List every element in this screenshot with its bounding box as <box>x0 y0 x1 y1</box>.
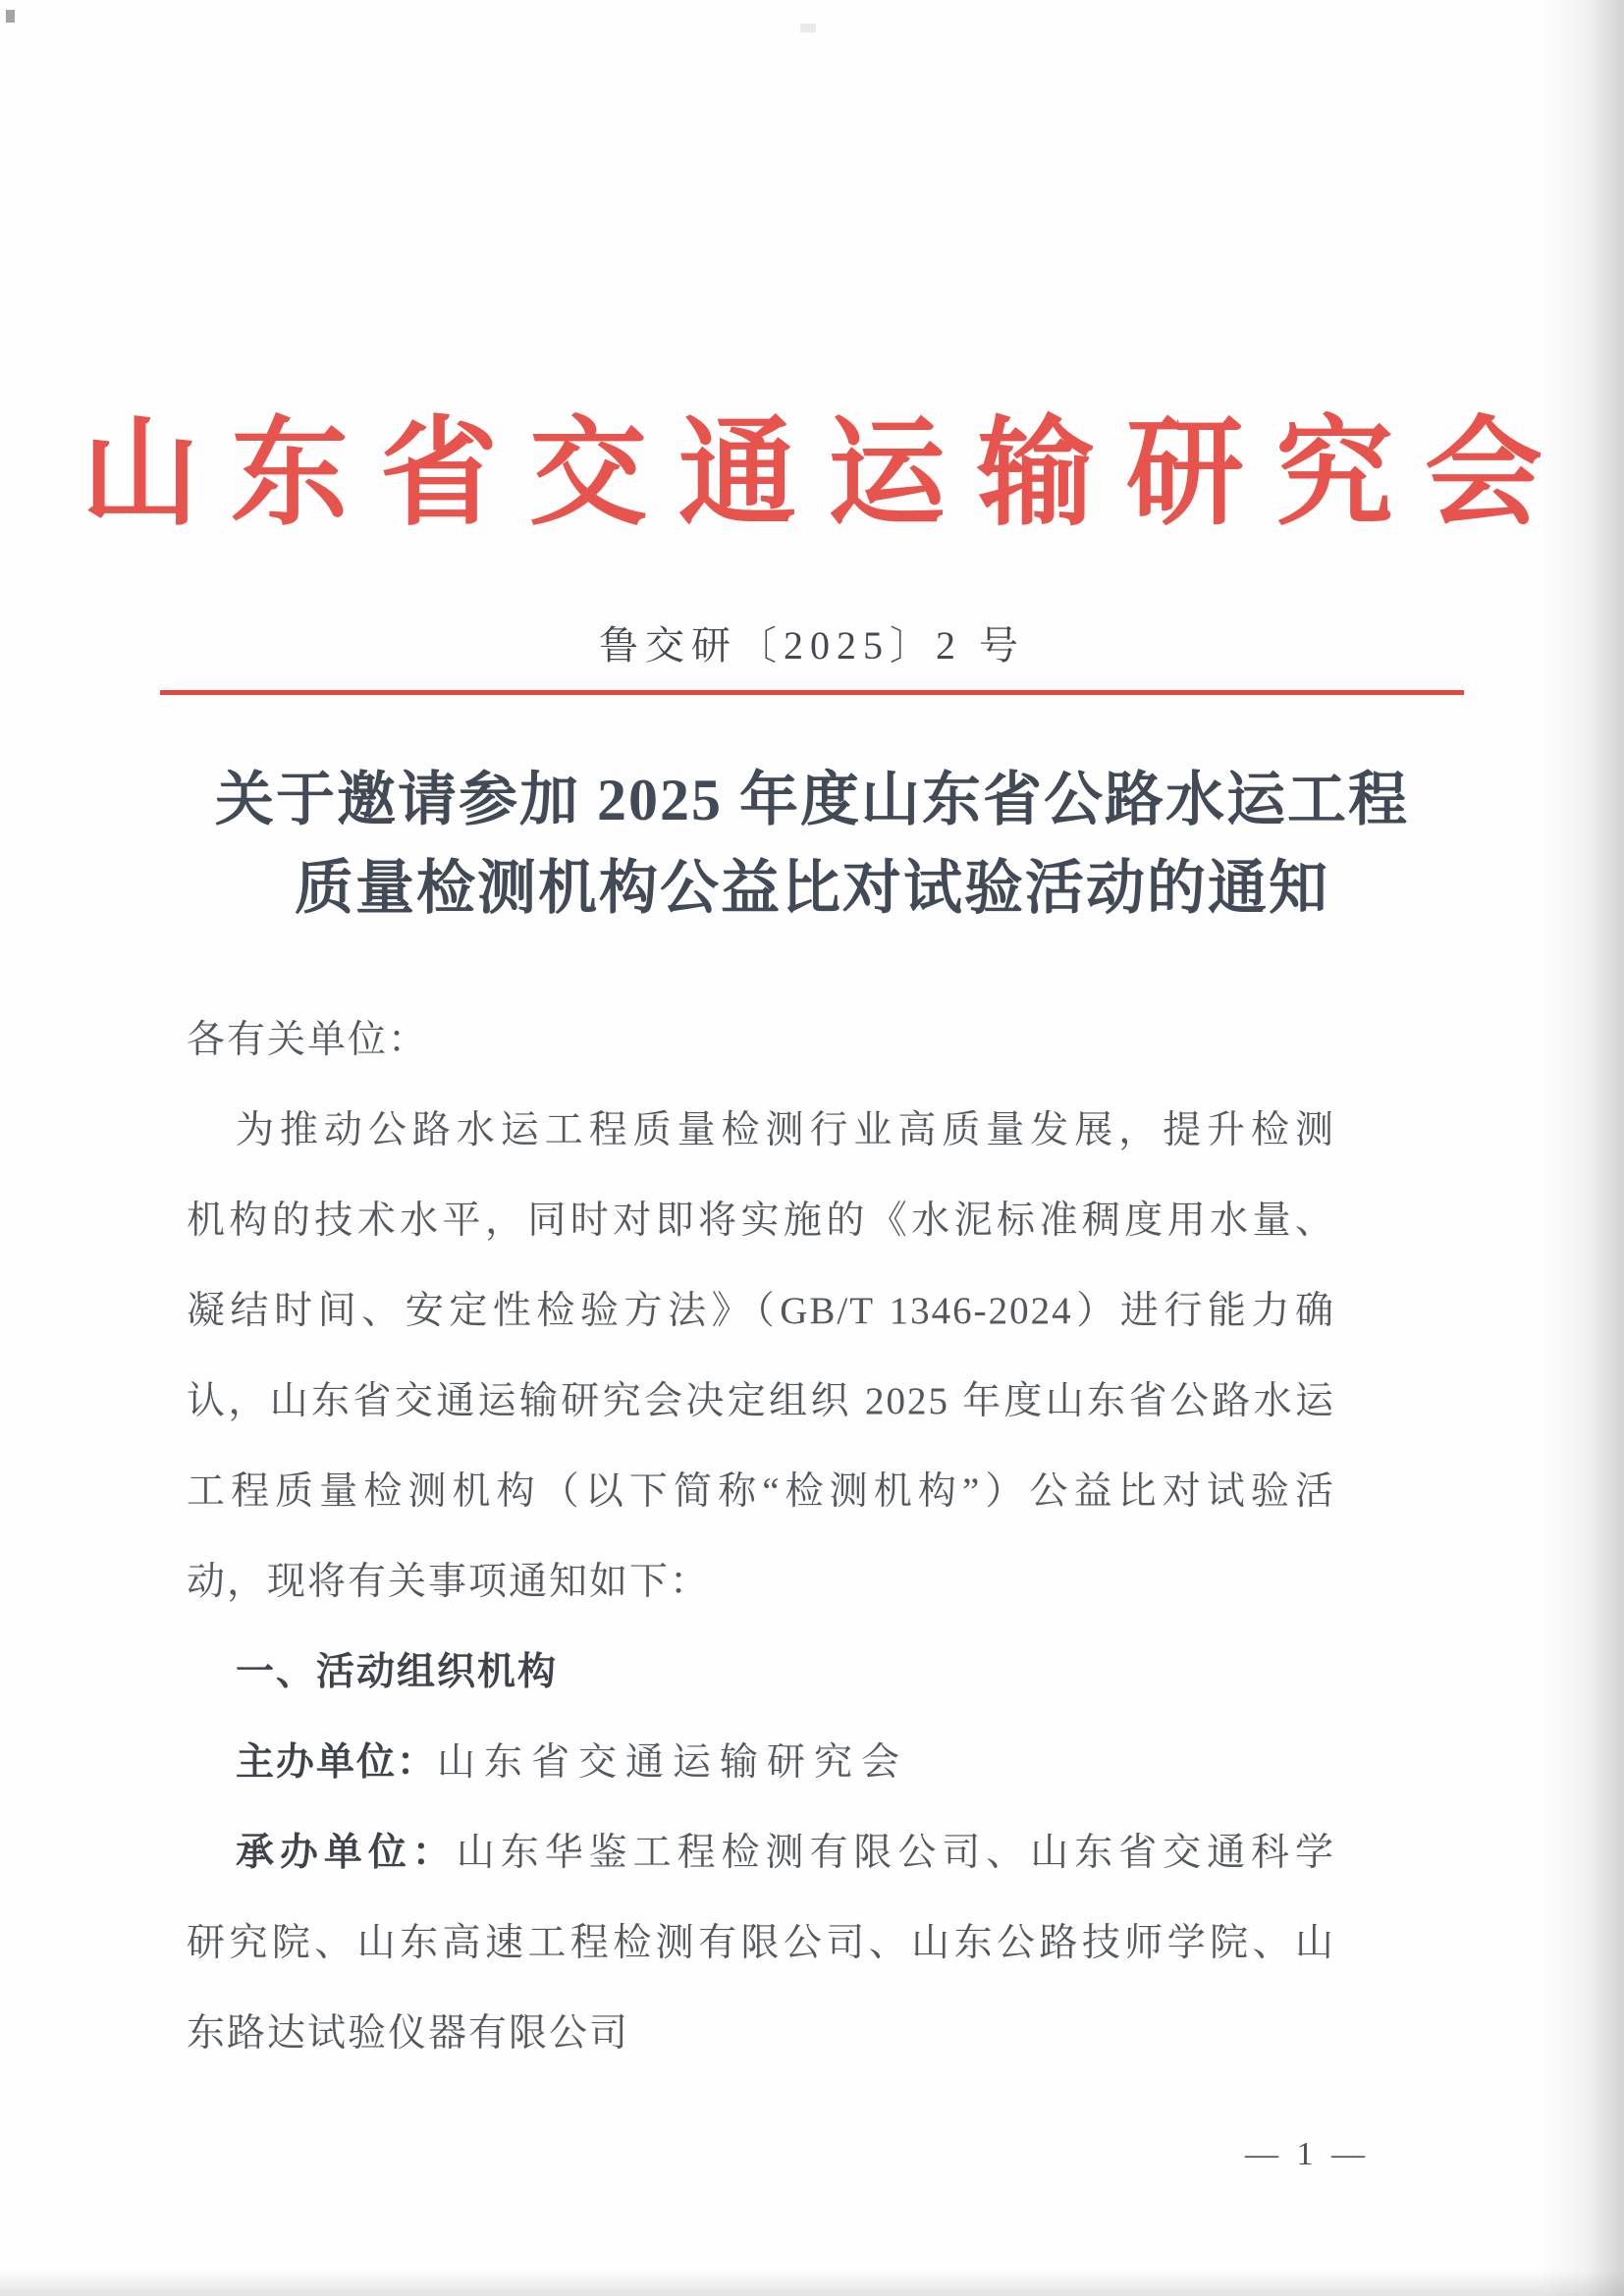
paragraph-line: 工程质量检测机构（以下简称“检测机构”）公益比对试验活 <box>187 1447 1335 1537</box>
document-title: 关于邀请参加 2025 年度山东省公路水运工程 质量检测机构公益比对试验活动的通… <box>0 756 1624 933</box>
section-heading-text: 一、活动组织机构 <box>236 1651 558 1693</box>
section-heading: 一、活动组织机构 <box>187 1628 1335 1718</box>
document-number: 鲁交研〔2025〕2 号 <box>0 614 1624 670</box>
organizer-line: 东路达试验仪器有限公司 <box>187 1989 1335 2079</box>
scanned-document-page: 山东省交通运输研究会 鲁交研〔2025〕2 号 关于邀请参加 2025 年度山东… <box>0 0 1624 2296</box>
paragraph-line: 动，现将有关事项通知如下： <box>187 1537 1335 1628</box>
scan-speck <box>6 10 15 23</box>
organizer-line: 研究院、山东高速工程检测有限公司、山东公路技师学院、山 <box>187 1898 1335 1989</box>
scan-edge-shadow-bottom <box>0 2270 1624 2296</box>
host-unit-line: 主办单位：山东省交通运输研究会 <box>187 1718 1335 1808</box>
red-divider-line <box>160 690 1464 695</box>
document-title-line2: 质量检测机构公益比对试验活动的通知 <box>0 844 1624 933</box>
scan-speck <box>800 24 816 32</box>
paragraph-line: 认，山东省交通运输研究会决定组织 2025 年度山东省公路水运 <box>187 1357 1335 1447</box>
document-body: 各有关单位： 为推动公路水运工程质量检测行业高质量发展，提升检测 机构的技术水平… <box>187 995 1335 2079</box>
organizer-label: 承办单位： <box>236 1832 457 1874</box>
page-number: — 1 — <box>1245 2136 1370 2173</box>
scan-edge-shadow-right <box>1538 0 1624 2296</box>
host-unit-label: 主办单位： <box>236 1741 437 1784</box>
organizer-value: 山东华鉴工程检测有限公司、山东省交通科学 <box>457 1832 1335 1874</box>
paragraph-line: 凝结时间、安定性检验方法》（GB/T 1346-2024）进行能力确 <box>187 1266 1335 1357</box>
paragraph-line: 为推动公路水运工程质量检测行业高质量发展，提升检测 <box>187 1086 1335 1176</box>
organizer-line: 承办单位：山东华鉴工程检测有限公司、山东省交通科学 <box>187 1808 1335 1898</box>
org-title-red-header: 山东省交通运输研究会 <box>0 400 1624 548</box>
host-unit-value: 山东省交通运输研究会 <box>437 1741 908 1784</box>
document-title-line1: 关于邀请参加 2025 年度山东省公路水运工程 <box>0 756 1624 844</box>
paragraph-line: 机构的技术水平，同时对即将实施的《水泥标准稠度用水量、 <box>187 1176 1335 1266</box>
salutation: 各有关单位： <box>187 995 1335 1086</box>
